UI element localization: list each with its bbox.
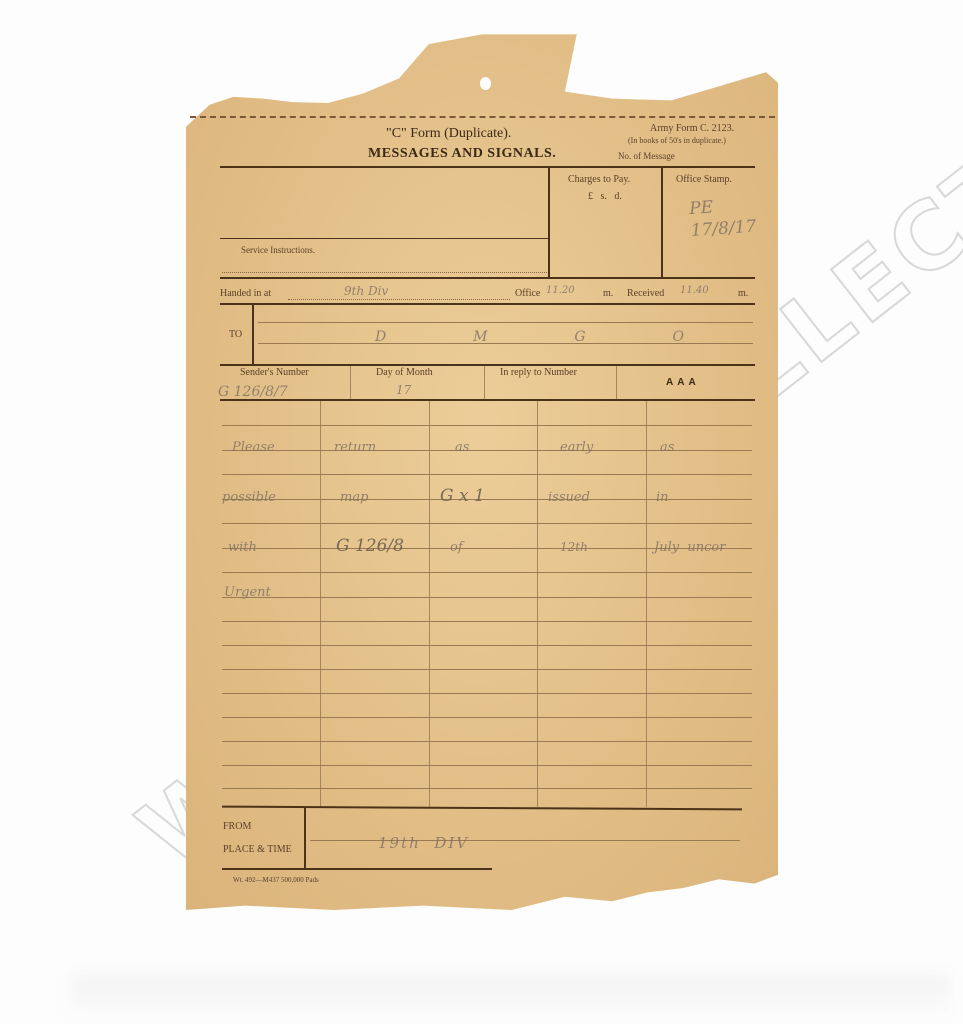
office-stamp-label: Office Stamp.: [676, 174, 732, 185]
handed-in-value: 9th Div: [344, 284, 388, 298]
message-word: return: [334, 440, 376, 455]
printer-line: Wt. 492—M437 500,000 Pads: [233, 876, 319, 884]
office-label: Office: [515, 288, 540, 299]
office-stamp-value: PE 17/8/17: [689, 194, 752, 242]
from-bottom-rule: [222, 868, 492, 870]
to-value: D M G O: [375, 329, 710, 345]
message-word: G 126/8: [336, 536, 404, 556]
received-value: 11.40: [680, 285, 709, 296]
msg-col-div-4: [646, 401, 647, 807]
stamp-divider: [661, 168, 663, 277]
message-word: map: [340, 490, 368, 505]
form-title: "C" Form (Duplicate).: [386, 126, 511, 142]
header-aaa: AAA: [666, 377, 700, 388]
message-word: issued: [548, 490, 590, 505]
msg-line: [222, 499, 752, 500]
header-col-div-1: [350, 366, 351, 400]
from-divider: [304, 808, 306, 868]
office-time-value: 11.20: [546, 285, 575, 296]
msg-line: [222, 597, 752, 598]
army-form-number: Army Form C. 2123.: [650, 123, 734, 134]
message-word: in: [656, 490, 669, 505]
message-word: Urgent: [224, 585, 271, 600]
msg-line: [222, 741, 752, 742]
from-line: [310, 840, 740, 841]
msg-line: [222, 621, 752, 622]
header-col-div-2: [484, 366, 485, 400]
office-m-suffix: m.: [603, 288, 613, 299]
message-word: as: [660, 440, 674, 455]
senders-number-value: G 126/8/7: [218, 384, 288, 400]
msg-line: [222, 788, 752, 789]
header-day-of-month: Day of Month: [376, 367, 433, 378]
header-senders-number: Sender's Number: [240, 367, 309, 378]
place-time-label: PLACE & TIME: [223, 844, 292, 855]
message-word: as: [455, 440, 469, 455]
books-note: (In books of 50's in duplicate.): [628, 136, 726, 145]
msg-line: [222, 693, 752, 694]
handed-in-dotted: [288, 299, 510, 301]
msg-line: [222, 474, 752, 475]
msg-line: [222, 765, 752, 766]
handed-in-top-rule: [220, 277, 755, 279]
form-heading: MESSAGES AND SIGNALS.: [368, 146, 556, 162]
msg-line: [222, 645, 752, 646]
received-label: Received: [627, 288, 664, 299]
header-in-reply: In reply to Number: [500, 367, 577, 378]
message-word: July uncor: [654, 540, 725, 555]
to-line-1: [258, 322, 753, 323]
msg-line: [222, 523, 752, 524]
day-of-month-value: 17: [396, 383, 411, 397]
message-word: G x 1: [440, 486, 485, 506]
message-form-sheet: [186, 30, 778, 910]
handed-in-label: Handed in at: [220, 288, 271, 299]
no-of-message-label: No. of Message: [618, 151, 675, 161]
msg-col-div-2: [429, 401, 430, 807]
msg-line: [222, 425, 752, 426]
message-word: early: [560, 440, 593, 455]
message-word: 12th: [560, 540, 588, 554]
message-word: Please: [232, 440, 275, 455]
columns-top-rule: [220, 364, 755, 366]
header-col-div-3: [616, 366, 617, 400]
msg-col-div-1: [320, 401, 321, 807]
message-word: with: [228, 540, 257, 555]
charges-divider: [548, 168, 550, 277]
received-m-suffix: m.: [738, 288, 748, 299]
charges-label: Charges to Pay.: [568, 174, 630, 185]
msg-col-div-3: [537, 401, 538, 807]
to-label: TO: [229, 329, 242, 340]
currency-units: £ s. d.: [588, 191, 622, 202]
message-top-rule: [220, 399, 755, 401]
message-word: of: [450, 540, 463, 555]
msg-line: [222, 669, 752, 670]
service-rule: [220, 238, 550, 239]
message-word: possible: [222, 490, 276, 505]
header-rule: [220, 166, 755, 168]
from-label: FROM: [223, 821, 251, 832]
punch-hole: [480, 77, 491, 90]
service-instructions-label: Service Instructions.: [241, 245, 315, 255]
page-shadow: [70, 975, 950, 1015]
to-divider: [252, 304, 254, 365]
msg-line: [222, 717, 752, 718]
msg-line: [222, 572, 752, 573]
to-top-rule: [220, 303, 755, 305]
perforation-line: [190, 116, 775, 118]
from-value: 19th DIV: [378, 834, 469, 852]
service-dotted-line: [222, 272, 547, 274]
